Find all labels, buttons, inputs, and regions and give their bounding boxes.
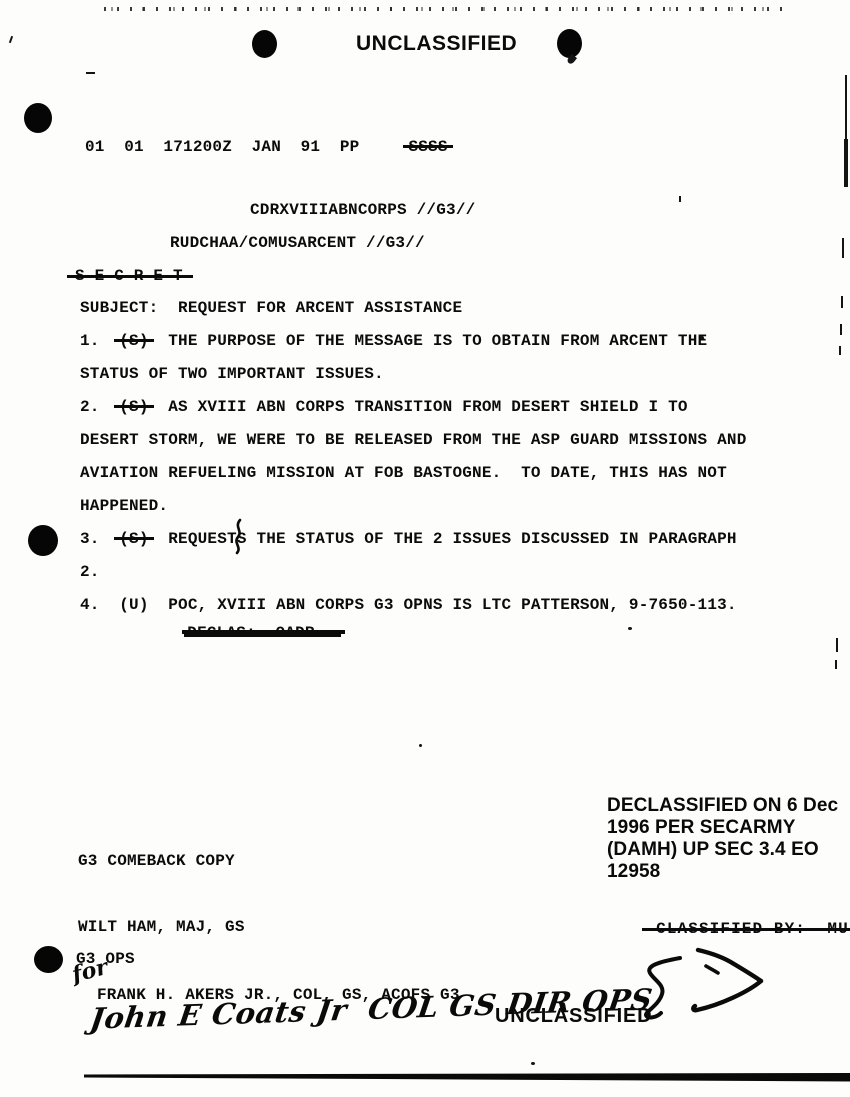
scan-artifact [836, 638, 838, 652]
ink-speck [419, 744, 422, 747]
punch-hole-icon [34, 946, 63, 973]
struck-secret-banner: S E C R E T [75, 266, 183, 286]
para-1-line-2: STATUS OF TWO IMPORTANT ISSUES. [80, 364, 384, 384]
scan-artifact [839, 346, 841, 355]
para-text: THE PURPOSE OF THE MESSAGE IS TO OBTAIN … [149, 332, 708, 350]
stamp-line-2: 1996 PER SECARMY [607, 817, 838, 839]
scan-artifact [835, 660, 837, 669]
address-line-to: RUDCHAA/COMUSARCENT //G3// [170, 233, 425, 253]
message-routing-line: 01 01 171200Z JAN 91 PP SSSS [85, 137, 448, 157]
struck-classification-mark: (S) [119, 397, 148, 417]
classification-mark: (U) [119, 596, 148, 614]
para-2-line-3: AVIATION REFUELING MISSION AT FOB BASTOG… [80, 463, 727, 483]
ink-dot-icon [557, 29, 582, 58]
scan-artifact [841, 296, 843, 308]
punch-hole-icon [28, 525, 58, 556]
stamp-line-4: 12958 [607, 861, 838, 883]
ink-dot-icon [252, 30, 277, 58]
signer1-name: WILT HAM, MAJ, GS [78, 917, 245, 937]
declassified-stamp: DECLASSIFIED ON 6 Dec 1996 PER SECARMY (… [607, 795, 838, 883]
para-number: 4. [80, 596, 119, 614]
comeback-copy-label: G3 COMEBACK COPY [78, 851, 235, 871]
para-2-line-2: DESERT STORM, WE WERE TO BE RELEASED FRO… [80, 430, 747, 450]
struck-routing-code: SSSS [408, 137, 447, 157]
para-4-line-1: 4. (U) POC, XVIII ABN CORPS G3 OPNS IS L… [80, 595, 737, 615]
top-classification-banner: UNCLASSIFIED [356, 32, 517, 56]
address-line-from: CDRXVIIIABNCORPS //G3// [250, 200, 475, 220]
ink-speck [9, 36, 13, 43]
para-3-line-2: 2. [80, 562, 100, 582]
subject-line: SUBJECT: REQUEST FOR ARCENT ASSISTANCE [80, 298, 462, 318]
stamp-line-1: DECLASSIFIED ON 6 Dec [607, 795, 838, 817]
struck-classification-mark: (S) [119, 331, 148, 351]
ink-speck [531, 1062, 535, 1065]
stamp-line-3: (DAMH) UP SEC 3.4 EO [607, 839, 838, 861]
ink-speck [679, 196, 681, 202]
para-2-line-4: HAPPENED. [80, 496, 168, 516]
scan-artifact [840, 324, 842, 335]
punch-hole-icon [24, 103, 52, 133]
ink-speck [86, 72, 95, 74]
ink-speck [628, 627, 632, 630]
para-1-line-1: 1. (S) THE PURPOSE OF THE MESSAGE IS TO … [80, 331, 707, 351]
struck-classification-mark: (S) [119, 529, 148, 549]
scan-noise-line [104, 7, 792, 11]
scan-artifact [844, 139, 848, 187]
para-3-line-1: 3. (S) REQUESTS THE STATUS OF THE 2 ISSU… [80, 529, 737, 549]
struck-declas-line: DECLAS: OADR [187, 623, 314, 643]
bottom-rule [84, 1072, 850, 1084]
para-text: POC, XVIII ABN CORPS G3 OPNS IS LTC PATT… [149, 596, 737, 614]
document-page: UNCLASSIFIED 01 01 171200Z JAN 91 PP SSS… [0, 0, 850, 1097]
para-2-line-1: 2. (S) AS XVIII ABN CORPS TRANSITION FRO… [80, 397, 688, 417]
handwritten-arrow-doodle [628, 928, 792, 1040]
scan-artifact [845, 75, 847, 139]
routing-text: 01 01 171200Z JAN 91 PP [85, 138, 408, 156]
handwritten-squiggle [229, 517, 249, 557]
scan-artifact [842, 238, 844, 258]
para-text: AS XVIII ABN CORPS TRANSITION FROM DESER… [149, 398, 688, 416]
